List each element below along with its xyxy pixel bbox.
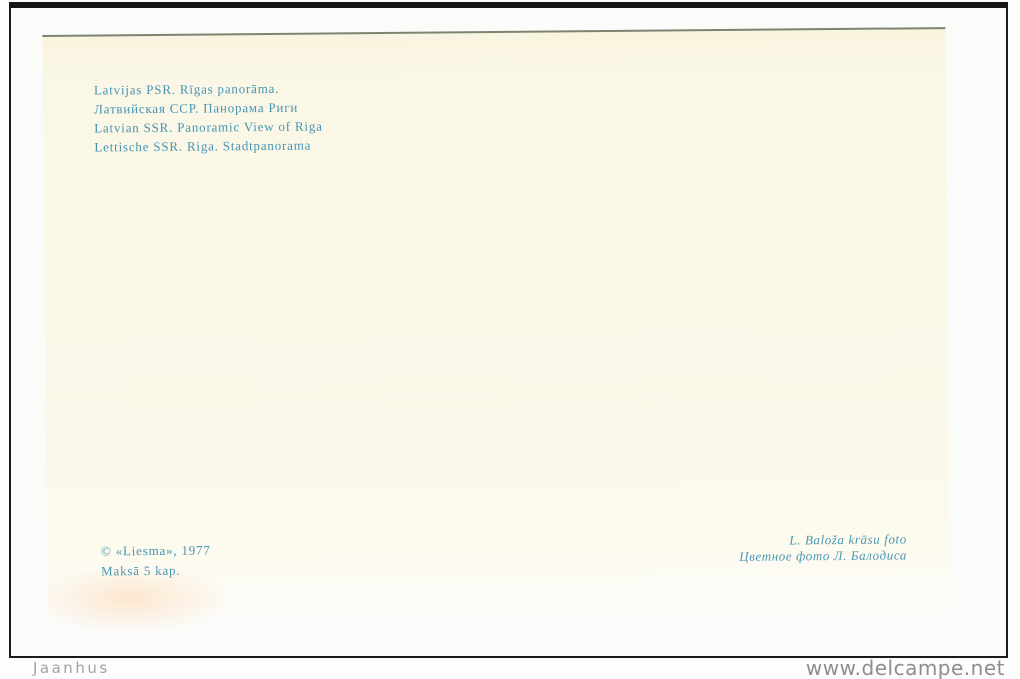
photo-credit-latvian: L. Baloža krāsu foto — [739, 531, 907, 548]
postcard-back: Latvijas PSR. Rīgas panorāma. Латвийская… — [42, 27, 950, 631]
photo-credit-russian: Цветное фото Л. Балодиса — [739, 547, 907, 564]
publisher-block: © «Liesma», 1977 Maksā 5 kap. — [101, 541, 211, 582]
caption-line-russian: Латвийская ССР. Панорама Риги — [94, 98, 323, 119]
caption-block: Latvijas PSR. Rīgas panorāma. Латвийская… — [94, 79, 323, 157]
site-watermark: www.delcampe.net — [806, 656, 1005, 679]
postcard-scan-page: Latvijas PSR. Rīgas panorāma. Латвийская… — [0, 0, 1020, 679]
price-line: Maksā 5 kap. — [101, 561, 211, 582]
photo-credit-block: L. Baloža krāsu foto Цветное фото Л. Бал… — [739, 531, 907, 564]
seller-watermark: Jaanhus — [33, 659, 110, 677]
caption-line-latvian: Latvijas PSR. Rīgas panorāma. — [94, 79, 323, 100]
caption-line-german: Lettische SSR. Riga. Stadtpanorama — [94, 136, 323, 157]
caption-line-english: Latvian SSR. Panoramic View of Riga — [94, 117, 323, 138]
publisher-copyright-line: © «Liesma», 1977 — [101, 541, 211, 562]
